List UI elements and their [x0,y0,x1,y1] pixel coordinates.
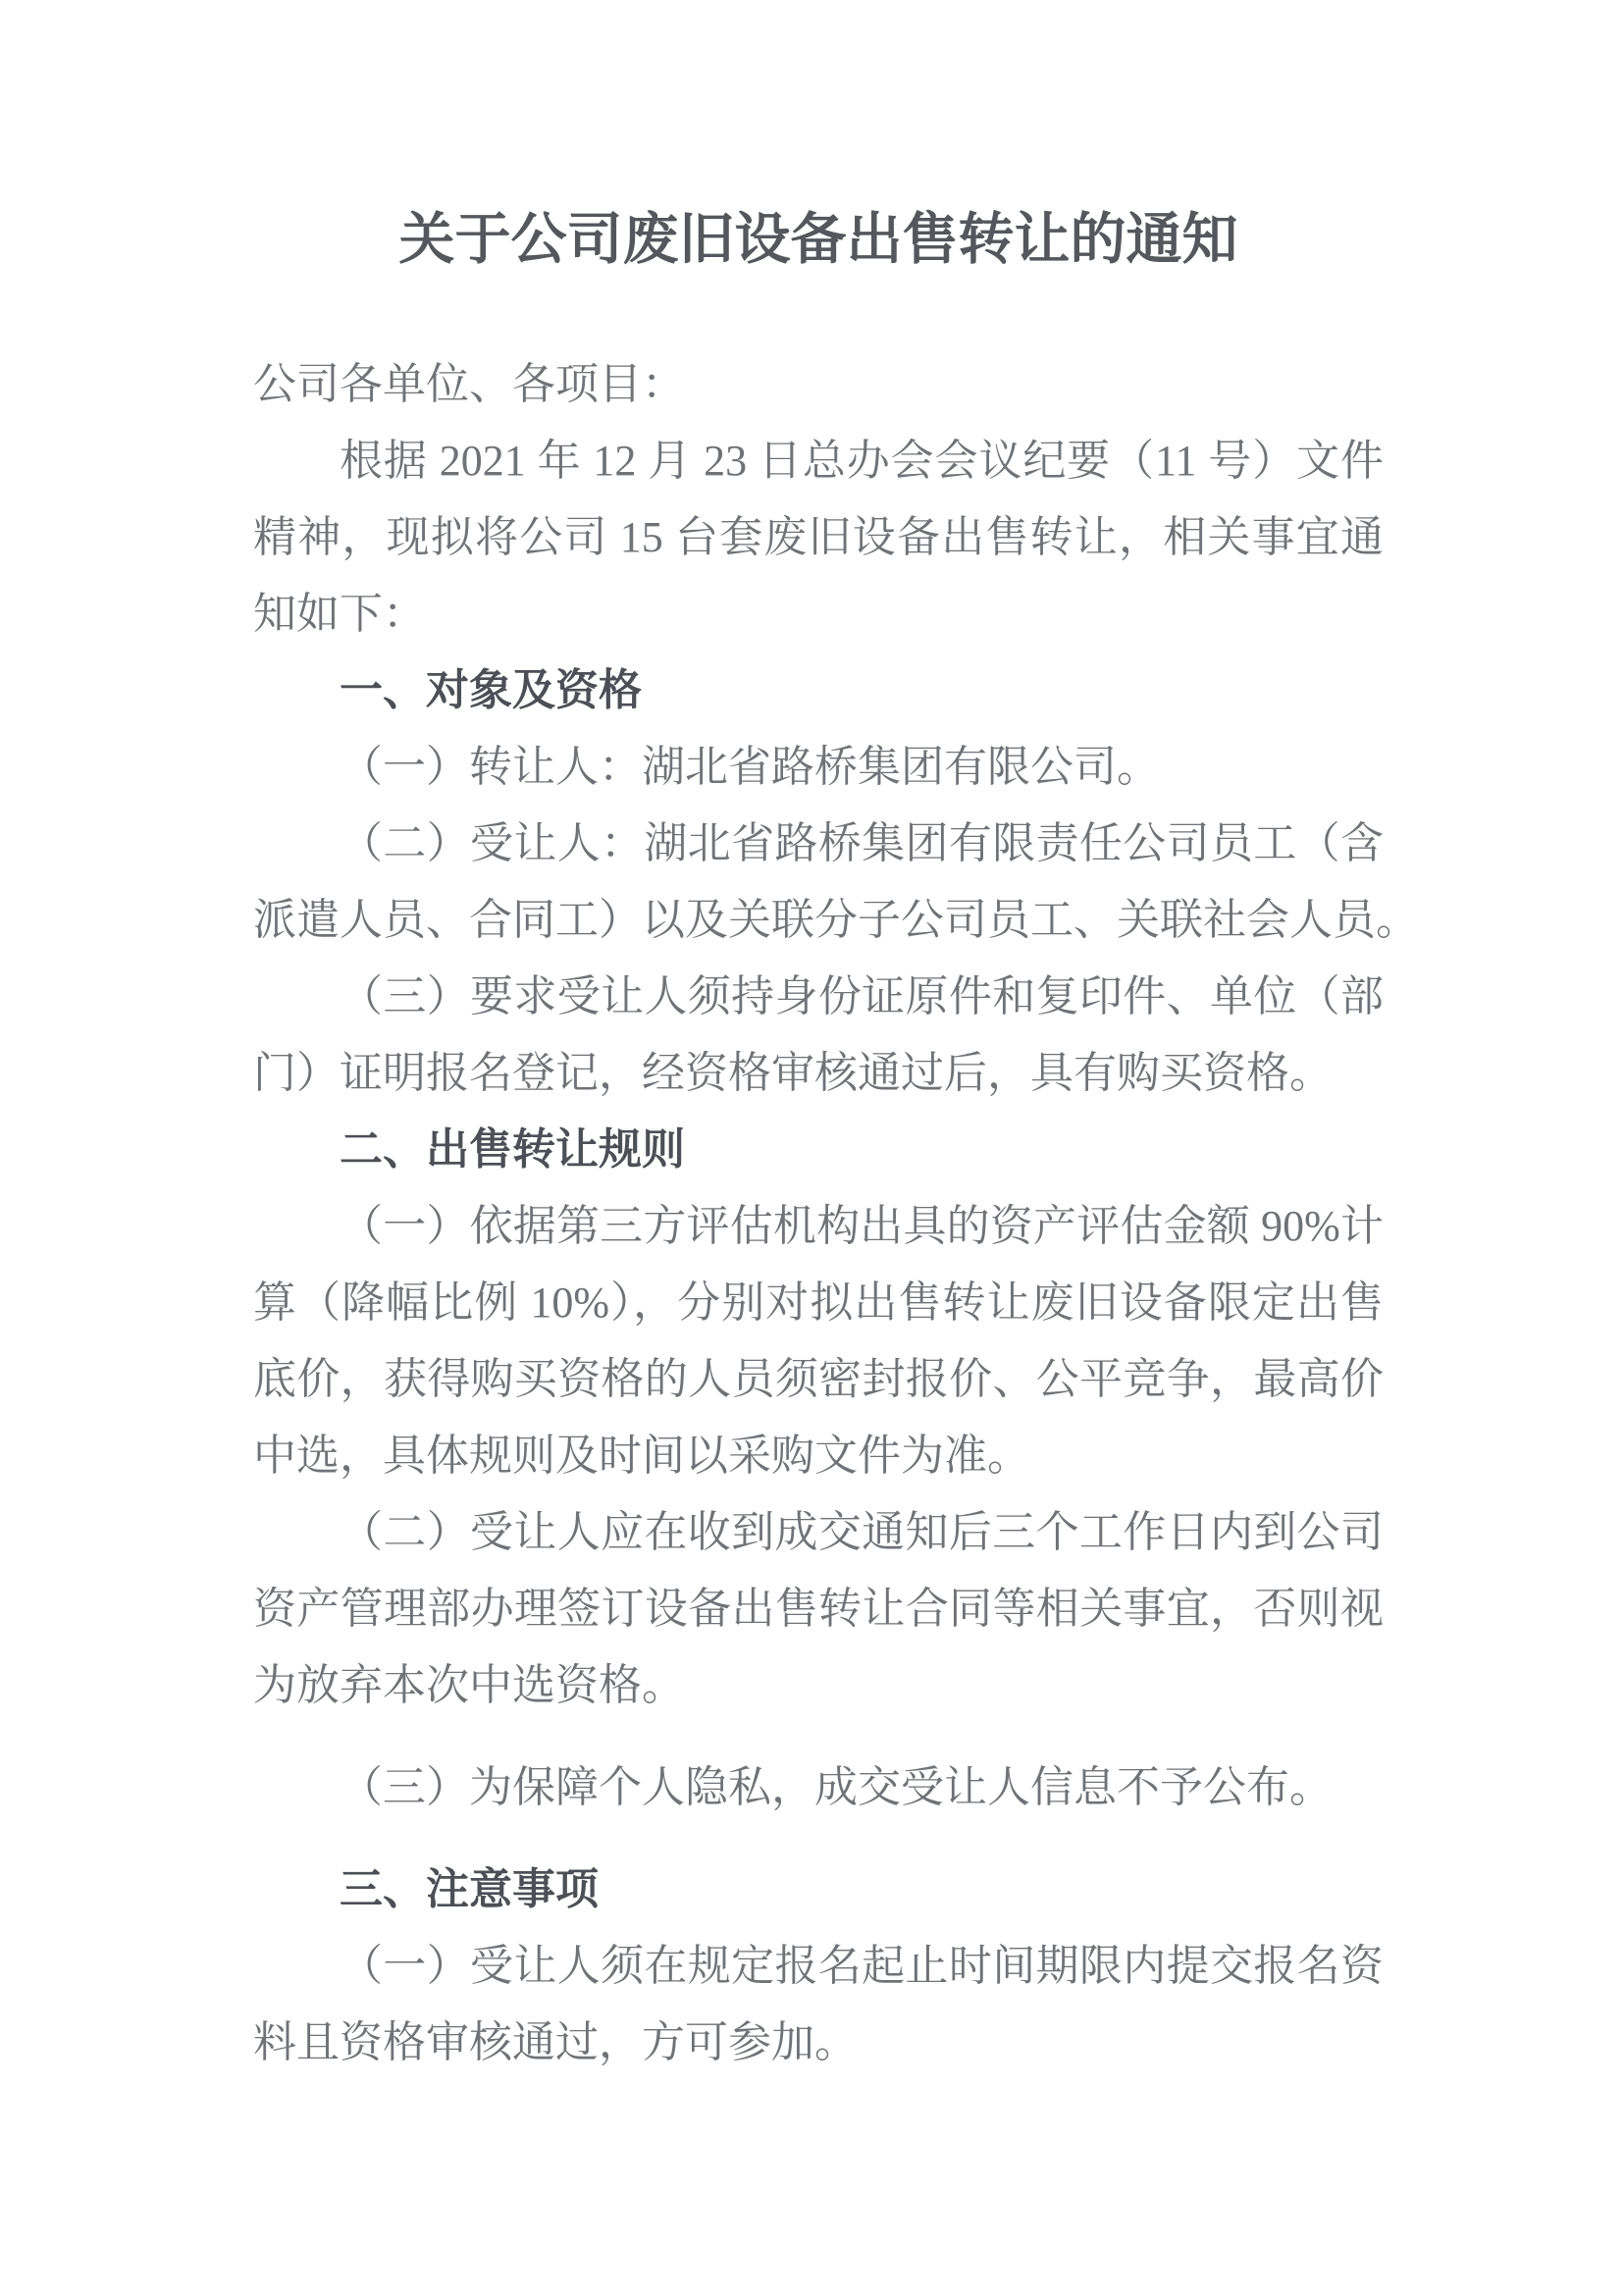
text-line: 二、出售转让规则 [253,1112,1384,1188]
text-line: 算（降幅比例 10%），分别对拟出售转让废旧设备限定出售 [253,1265,1384,1341]
text-line: 精神，现拟将公司 15 台套废旧设备出售转让，相关事宜通 [253,499,1384,576]
text-line: 为放弃本次中选资格。 [253,1647,1384,1724]
salutation: 公司各单位、各项目： [253,346,1384,423]
document-content: 关于公司废旧设备出售转让的通知 公司各单位、各项目：根据 2021 年 12 月… [253,0,1384,2081]
text-line: （一）依据第三方评估机构出具的资产评估金额 90%计 [253,1188,1384,1265]
text-line: 派遣人员、合同工）以及关联分子公司员工、关联社会人员。 [253,882,1384,959]
text-line: （二）受让人应在收到成交通知后三个工作日内到公司 [253,1494,1384,1571]
text-line: （一）转让人：湖北省路桥集团有限公司。 [253,729,1384,806]
text-line: 门）证明报名登记，经资格审核通过后，具有购买资格。 [253,1035,1384,1112]
text-line: 公司各单位、各项目： [253,346,1384,423]
paragraph: （二）受让人：湖北省路桥集团有限责任公司员工（含派遣人员、合同工）以及关联分子公… [253,806,1384,959]
section-heading: 一、对象及资格 [253,652,1384,729]
text-line: 底价，获得购买资格的人员须密封报价、公平竞争，最高价 [253,1341,1384,1418]
text-line: （三）要求受让人须持身份证原件和复印件、单位（部 [253,959,1384,1035]
document-title: 关于公司废旧设备出售转让的通知 [253,207,1384,274]
document-body: 公司各单位、各项目：根据 2021 年 12 月 23 日总办会会议纪要（11 … [253,346,1384,2081]
text-line: 三、注意事项 [253,1852,1384,1928]
text-line: 知如下： [253,576,1384,652]
text-line: 料且资格审核通过，方可参加。 [253,2005,1384,2081]
text-line: 中选，具体规则及时间以采购文件为准。 [253,1418,1384,1494]
document-page: 关于公司废旧设备出售转让的通知 公司各单位、各项目：根据 2021 年 12 月… [0,0,1623,2296]
text-line: 一、对象及资格 [253,652,1384,729]
text-line: （三）为保障个人隐私，成交受让人信息不予公布。 [253,1749,1384,1826]
text-line: （二）受让人：湖北省路桥集团有限责任公司员工（含 [253,806,1384,882]
text-line: （一）受让人须在规定报名起止时间期限内提交报名资 [253,1928,1384,2005]
paragraph: （一）依据第三方评估机构出具的资产评估金额 90%计算（降幅比例 10%），分别… [253,1188,1384,1494]
paragraph: （三）要求受让人须持身份证原件和复印件、单位（部门）证明报名登记，经资格审核通过… [253,959,1384,1112]
paragraph: （一）转让人：湖北省路桥集团有限公司。 [253,729,1384,806]
text-line: 资产管理部办理签订设备出售转让合同等相关事宜，否则视 [253,1571,1384,1647]
paragraph: 根据 2021 年 12 月 23 日总办会会议纪要（11 号）文件精神，现拟将… [253,423,1384,652]
paragraph: （二）受让人应在收到成交通知后三个工作日内到公司资产管理部办理签订设备出售转让合… [253,1494,1384,1724]
paragraph: （一）受让人须在规定报名起止时间期限内提交报名资料且资格审核通过，方可参加。 [253,1928,1384,2081]
paragraph: （三）为保障个人隐私，成交受让人信息不予公布。 [253,1749,1384,1826]
section-heading: 三、注意事项 [253,1852,1384,1928]
text-line: 根据 2021 年 12 月 23 日总办会会议纪要（11 号）文件 [253,423,1384,499]
section-heading: 二、出售转让规则 [253,1112,1384,1188]
